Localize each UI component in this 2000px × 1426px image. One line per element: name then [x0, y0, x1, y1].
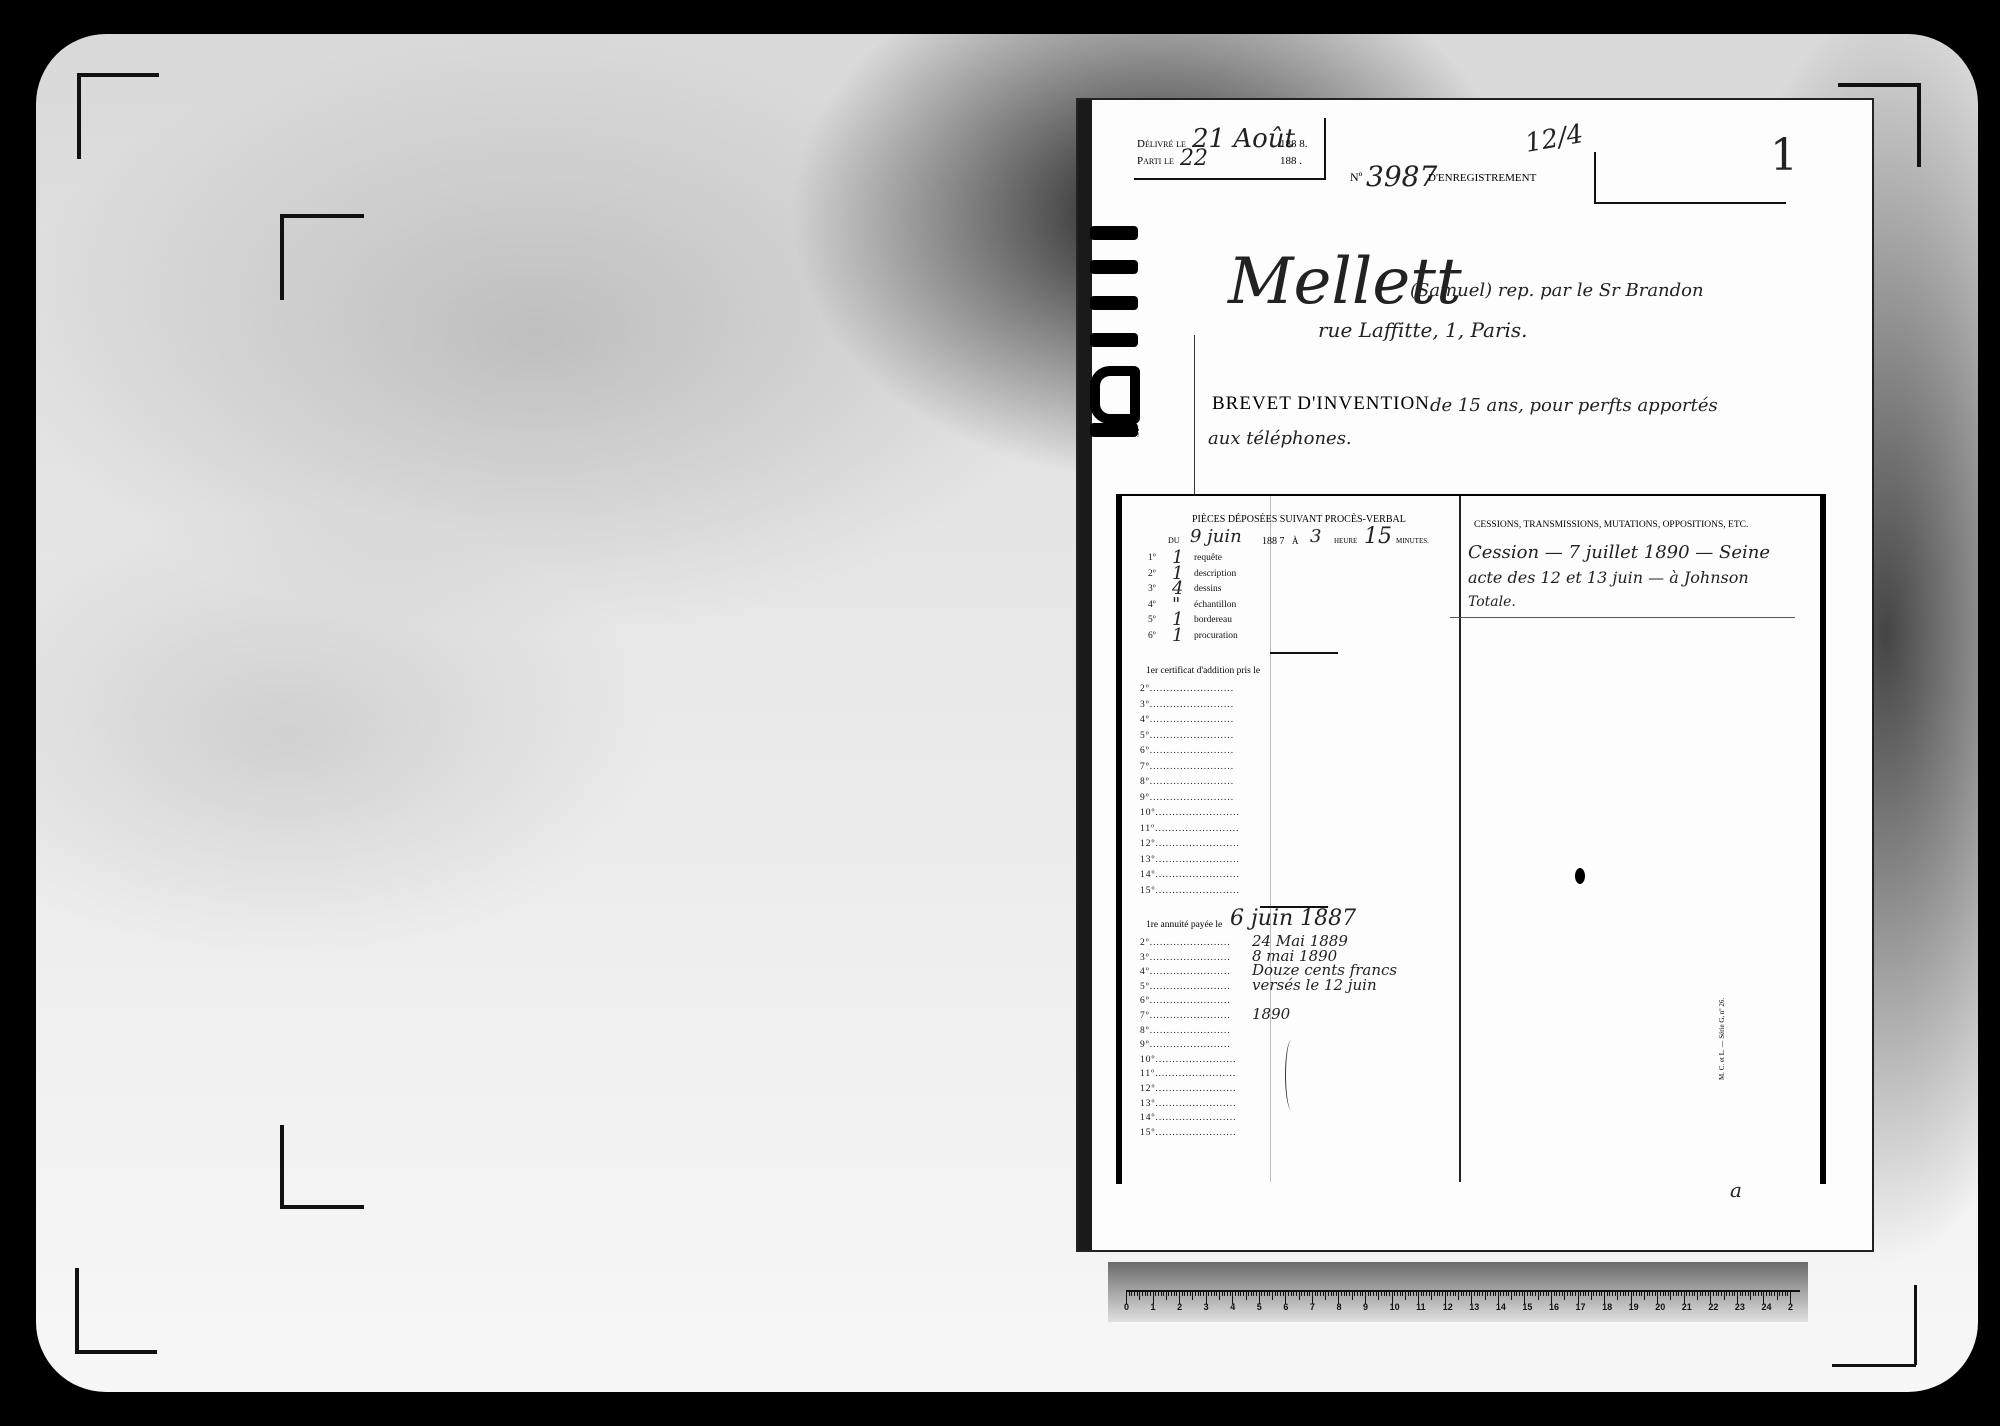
ruler-tick: [1724, 1290, 1725, 1300]
ruler-tick: [1734, 1290, 1735, 1296]
ruler-tick: [1567, 1290, 1568, 1296]
ruler-tick: [1474, 1290, 1475, 1296]
ruler-tick: [1168, 1290, 1169, 1296]
ruler-tick: [1264, 1290, 1265, 1296]
certificate-row: 11º.........................: [1140, 824, 1239, 834]
a-label: À: [1292, 536, 1299, 546]
ruler-tick: [1532, 1290, 1533, 1296]
deposit-date: 9 juin: [1190, 526, 1242, 547]
ruler-label: 16: [1549, 1302, 1559, 1312]
patent-title-continuation: aux téléphones.: [1208, 428, 1352, 449]
ruler-tick: [1461, 1290, 1462, 1296]
ruler-label: 24: [1761, 1302, 1771, 1312]
annuity-row: 7º........................: [1140, 1011, 1231, 1021]
ruler-tick: [1240, 1290, 1241, 1296]
ruler-tick: [1787, 1290, 1788, 1296]
registration-label: D'ENREGISTREMENT: [1428, 172, 1536, 184]
ruler-label: 12: [1443, 1302, 1453, 1312]
ruler-label: 1: [1151, 1302, 1156, 1312]
ruler-tick: [1320, 1290, 1321, 1296]
annuity-row: 12º........................: [1140, 1084, 1236, 1094]
ruler-tick: [1378, 1290, 1379, 1300]
ruler-label: 4: [1230, 1302, 1235, 1312]
ruler-tick: [1511, 1290, 1512, 1300]
annuity-row: 3º........................: [1140, 953, 1231, 963]
ruler-tick: [1450, 1290, 1451, 1296]
ruler-tick: [1174, 1290, 1175, 1296]
ruler-tick: [1721, 1290, 1722, 1296]
ruler-tick: [1583, 1290, 1584, 1296]
annuity-row: 14º........................: [1140, 1113, 1236, 1123]
ruler-tick: [1660, 1290, 1661, 1296]
ruler-tick: [1315, 1290, 1316, 1296]
certificate-row: 15º.........................: [1140, 886, 1240, 896]
piece-number: 1º: [1148, 553, 1156, 563]
minutes-label: MINUTES.: [1396, 537, 1429, 545]
ruler-tick: [1142, 1290, 1143, 1296]
ruler-tick: [1487, 1290, 1488, 1296]
ruler-tick: [1500, 1290, 1501, 1296]
ruler-tick: [1716, 1290, 1717, 1296]
ruler-tick: [1137, 1290, 1138, 1296]
ruler-tick: [1416, 1290, 1417, 1296]
annuity-row: 4º........................: [1140, 967, 1231, 977]
ruler-tick: [1166, 1290, 1167, 1300]
ruler-label: 6: [1283, 1302, 1288, 1312]
ruler-tick: [1681, 1290, 1682, 1296]
ruler-tick: [1761, 1290, 1762, 1296]
patent-title-printed: BREVET D'INVENTION: [1212, 393, 1430, 415]
ruler-tick: [1652, 1290, 1653, 1296]
ruler-tick: [1344, 1290, 1345, 1296]
ruler-tick: [1628, 1290, 1629, 1296]
corner-letter: a: [1730, 1178, 1742, 1202]
ruler-tick: [1158, 1290, 1159, 1296]
measurement-ruler: 0123456789101112131415161718192021222324…: [1108, 1262, 1808, 1322]
ruler-tick: [1261, 1290, 1262, 1296]
ruler-tick: [1195, 1290, 1196, 1296]
ruler-tick: [1493, 1290, 1494, 1296]
ruler-tick: [1748, 1290, 1749, 1296]
ruler-tick: [1243, 1290, 1244, 1296]
ruler-tick: [1394, 1290, 1395, 1296]
ruler-tick: [1673, 1290, 1674, 1296]
ruler-tick: [1211, 1290, 1212, 1296]
ruler-tick: [1620, 1290, 1621, 1296]
ruler-tick: [1389, 1290, 1390, 1296]
ruler-tick: [1161, 1290, 1162, 1296]
ruler-tick: [1267, 1290, 1268, 1296]
ruler-tick: [1400, 1290, 1401, 1296]
ruler-tick: [1678, 1290, 1679, 1296]
ruler-tick: [1564, 1290, 1565, 1300]
ruler-tick: [1535, 1290, 1536, 1296]
ruler-tick: [1238, 1290, 1239, 1296]
cession-entry-line2: acte des 12 et 13 juin — à Johnson: [1468, 568, 1749, 587]
ruler-label: 7: [1310, 1302, 1315, 1312]
ruler-tick: [1317, 1290, 1318, 1296]
ruler-tick: [1331, 1290, 1332, 1296]
piece-number: 4º: [1148, 600, 1156, 610]
du-label: DU: [1168, 536, 1180, 545]
handwritten-squiggle: [1285, 1040, 1298, 1110]
large-stamped-number: [1090, 218, 1140, 438]
annuity-row: 8º........................: [1140, 1026, 1231, 1036]
ruler-tick: [1782, 1290, 1783, 1296]
ruler-tick: [1538, 1290, 1539, 1300]
ruler-tick: [1307, 1290, 1308, 1296]
ruler-tick: [1490, 1290, 1491, 1296]
ruler-tick: [1516, 1290, 1517, 1296]
ruler-tick: [1373, 1290, 1374, 1296]
divider: [1270, 652, 1338, 654]
ruler-tick: [1593, 1290, 1594, 1296]
ink-blot: [1575, 868, 1585, 884]
ruler-tick: [1771, 1290, 1772, 1296]
ruler-tick: [1458, 1290, 1459, 1300]
ruler-tick: [1336, 1290, 1337, 1296]
ruler-tick: [1779, 1290, 1780, 1296]
ruler-tick: [1147, 1290, 1148, 1296]
ruler-tick: [1352, 1290, 1353, 1300]
ruler-tick: [1705, 1290, 1706, 1296]
ruler-tick: [1766, 1290, 1767, 1296]
ruler-tick: [1668, 1290, 1669, 1296]
ruler-tick: [1556, 1290, 1557, 1296]
ruler-tick: [1214, 1290, 1215, 1296]
ruler-tick: [1447, 1290, 1448, 1296]
ruler-tick: [1304, 1290, 1305, 1296]
ruler-tick: [1519, 1290, 1520, 1296]
margin-rule: [1194, 335, 1195, 495]
ruler-tick: [1740, 1290, 1741, 1296]
ruler-label: 2: [1788, 1302, 1793, 1312]
ruler-label: 3: [1204, 1302, 1209, 1312]
ruler-label: 23: [1735, 1302, 1745, 1312]
ruler-tick: [1275, 1290, 1276, 1296]
ruler-tick: [1323, 1290, 1324, 1296]
ruler-tick: [1235, 1290, 1236, 1296]
ruler-tick: [1588, 1290, 1589, 1296]
ruler-tick: [1633, 1290, 1634, 1296]
ruler-tick: [1437, 1290, 1438, 1296]
ruler-tick: [1697, 1290, 1698, 1300]
ruler-tick: [1503, 1290, 1504, 1296]
ruler-tick: [1368, 1290, 1369, 1296]
certificate-row: 2º.........................: [1140, 684, 1234, 694]
ruler-tick: [1758, 1290, 1759, 1296]
certificate-row: 13º.........................: [1140, 855, 1240, 865]
ruler-tick: [1360, 1290, 1361, 1296]
certificate-row: 12º.........................: [1140, 839, 1240, 849]
ruler-tick: [1442, 1290, 1443, 1296]
certificate-row: 4º.........................: [1140, 715, 1234, 725]
ruler-tick: [1203, 1290, 1204, 1296]
piece-number: 6º: [1148, 631, 1156, 641]
ruler-tick: [1508, 1290, 1509, 1296]
certificate-row: 7º.........................: [1140, 762, 1234, 772]
ruler-tick: [1224, 1290, 1225, 1296]
registration-number: 3987: [1366, 160, 1437, 193]
ruler-tick: [1397, 1290, 1398, 1296]
piece-number: 3º: [1148, 584, 1156, 594]
ruler-tick: [1280, 1290, 1281, 1296]
ruler-tick: [1131, 1290, 1132, 1296]
ruler-tick: [1333, 1290, 1334, 1296]
ruler-tick: [1219, 1290, 1220, 1300]
ruler-tick: [1248, 1290, 1249, 1296]
ruler-tick: [1686, 1290, 1687, 1296]
ruler-tick: [1514, 1290, 1515, 1296]
ruler-tick: [1546, 1290, 1547, 1296]
annuity-row: 6º........................: [1140, 996, 1231, 1006]
ruler-tick: [1251, 1290, 1252, 1296]
ruler-label: 2: [1177, 1302, 1182, 1312]
ruler-tick: [1434, 1290, 1435, 1296]
number-box: [1594, 152, 1786, 204]
certificate-row: 9º.........................: [1140, 793, 1234, 803]
ruler-tick: [1506, 1290, 1507, 1296]
ruler-tick: [1527, 1290, 1528, 1296]
ruler-tick: [1190, 1290, 1191, 1296]
ruler-label: 22: [1708, 1302, 1718, 1312]
ruler-tick: [1623, 1290, 1624, 1296]
ruler-tick: [1639, 1290, 1640, 1296]
ruler-label: 8: [1336, 1302, 1341, 1312]
ruler-label: 10: [1390, 1302, 1400, 1312]
cession-entry-line3: Totale.: [1468, 594, 1516, 610]
ruler-label: 5: [1257, 1302, 1262, 1312]
ruler-tick: [1554, 1290, 1555, 1296]
ruler-tick: [1745, 1290, 1746, 1296]
ruler-tick: [1253, 1290, 1254, 1296]
annuity-row: 9º........................: [1140, 1040, 1231, 1050]
ruler-tick: [1663, 1290, 1664, 1296]
delivered-label: Délivré le: [1137, 138, 1186, 150]
ruler-tick: [1134, 1290, 1135, 1296]
ruler-tick: [1612, 1290, 1613, 1296]
ruler-label: 0: [1124, 1302, 1129, 1312]
ruler-tick: [1272, 1290, 1273, 1300]
ruler-tick: [1291, 1290, 1292, 1296]
ruler-tick: [1182, 1290, 1183, 1296]
ruler-tick: [1423, 1290, 1424, 1296]
ruler-tick: [1700, 1290, 1701, 1296]
ruler-tick: [1269, 1290, 1270, 1296]
ruler-tick: [1692, 1290, 1693, 1296]
ruler-tick: [1479, 1290, 1480, 1296]
patent-title-handwritten: de 15 ans, pour perfts apportés: [1430, 395, 1718, 416]
deposit-hour: 3: [1310, 526, 1321, 547]
ruler-tick: [1774, 1290, 1775, 1296]
certificate-row: 10º.........................: [1140, 808, 1240, 818]
ruler-tick: [1726, 1290, 1727, 1296]
ruler-tick: [1288, 1290, 1289, 1296]
ruler-label: 15: [1522, 1302, 1532, 1312]
ruler-tick: [1429, 1290, 1430, 1296]
ruler-tick: [1187, 1290, 1188, 1296]
ruler-tick: [1647, 1290, 1648, 1296]
ruler-tick: [1299, 1290, 1300, 1300]
ruler-tick: [1636, 1290, 1637, 1296]
ruler-tick: [1184, 1290, 1185, 1296]
ruler-tick: [1453, 1290, 1454, 1296]
ruler-tick: [1349, 1290, 1350, 1296]
ruler-tick: [1410, 1290, 1411, 1296]
ruler-tick: [1482, 1290, 1483, 1296]
deposit-year: 188 7: [1262, 536, 1285, 547]
ruler-tick: [1376, 1290, 1377, 1296]
ruler-tick: [1328, 1290, 1329, 1296]
ruler-tick: [1325, 1290, 1326, 1300]
annuity-row: 11º........................: [1140, 1069, 1236, 1079]
heure-label: HEURE: [1334, 537, 1357, 545]
ruler-tick: [1607, 1290, 1608, 1296]
ruler-tick: [1439, 1290, 1440, 1296]
ruler-tick: [1477, 1290, 1478, 1296]
ruler-tick: [1405, 1290, 1406, 1300]
ruler-tick: [1455, 1290, 1456, 1296]
ruler-tick: [1665, 1290, 1666, 1296]
ruler-tick: [1495, 1290, 1496, 1296]
ruler-tick: [1370, 1290, 1371, 1296]
ruler-tick: [1293, 1290, 1294, 1296]
ruler-label: 11: [1416, 1302, 1426, 1312]
ruler-tick: [1469, 1290, 1470, 1296]
ruler-tick: [1357, 1290, 1358, 1296]
ruler-tick: [1732, 1290, 1733, 1296]
cessions-heading: CESSIONS, TRANSMISSIONS, MUTATIONS, OPPO…: [1474, 520, 1748, 530]
ruler-tick: [1702, 1290, 1703, 1296]
ruler-tick: [1227, 1290, 1228, 1296]
ruler-tick: [1277, 1290, 1278, 1296]
ruler-tick: [1421, 1290, 1422, 1296]
ruler-tick: [1208, 1290, 1209, 1296]
side-number-label: Nº: [1132, 428, 1141, 436]
ruler-tick: [1750, 1290, 1751, 1300]
annuity-value: 1890: [1252, 1005, 1290, 1023]
ruler-tick: [1301, 1290, 1302, 1296]
ruler-label: 13: [1469, 1302, 1479, 1312]
ruler-label: 18: [1602, 1302, 1612, 1312]
ruler-tick: [1129, 1290, 1130, 1296]
ruler-tick: [1192, 1290, 1193, 1300]
ruler-tick: [1139, 1290, 1140, 1300]
ruler-label: 17: [1576, 1302, 1586, 1312]
cession-entry-line1: Cession — 7 juillet 1890 — Seine: [1468, 542, 1770, 563]
ruler-label: 9: [1363, 1302, 1368, 1312]
ruler-tick: [1283, 1290, 1284, 1296]
ruler-tick: [1708, 1290, 1709, 1296]
ruler-label: 14: [1496, 1302, 1506, 1312]
annuity-row: 5º........................: [1140, 982, 1231, 992]
piece-number: 5º: [1148, 615, 1156, 625]
ruler-tick: [1354, 1290, 1355, 1296]
applicant-details: (Samuel) rep. par le Sr Brandon: [1410, 280, 1704, 301]
ruler-tick: [1769, 1290, 1770, 1296]
ruler-tick: [1599, 1290, 1600, 1296]
parti-year: 188 .: [1280, 155, 1302, 167]
ruler-tick: [1176, 1290, 1177, 1296]
printer-mark: M. C. et L. — Série G, nº 26.: [1718, 998, 1726, 1080]
ruler-tick: [1222, 1290, 1223, 1296]
ruler-tick: [1362, 1290, 1363, 1296]
ruler-tick: [1785, 1290, 1786, 1296]
certificates-heading: 1er certificat d'addition pris le: [1146, 666, 1260, 676]
ruler-tick: [1617, 1290, 1618, 1300]
ruler-tick: [1742, 1290, 1743, 1296]
ruler-tick: [1402, 1290, 1403, 1296]
piece-label: description: [1194, 569, 1236, 579]
ruler-tick: [1216, 1290, 1217, 1296]
piece-label: bordereau: [1194, 615, 1232, 625]
ruler-tick: [1575, 1290, 1576, 1296]
ruler-tick: [1580, 1290, 1581, 1296]
piece-label: procuration: [1194, 631, 1238, 641]
ruler-label: 19: [1629, 1302, 1639, 1312]
ruler-tick: [1585, 1290, 1586, 1296]
ruler-label: 20: [1655, 1302, 1665, 1312]
ruler-tick: [1466, 1290, 1467, 1296]
ruler-tick: [1641, 1290, 1642, 1296]
annuity-first-value: 6 juin 1887: [1230, 906, 1356, 931]
annuity-row: 2º........................: [1140, 938, 1231, 948]
certificate-row: 6º.........................: [1140, 746, 1234, 756]
ruler-tick: [1171, 1290, 1172, 1296]
ruler-tick: [1256, 1290, 1257, 1296]
ruler-tick: [1341, 1290, 1342, 1296]
ruler-tick: [1485, 1290, 1486, 1300]
certificate-row: 8º.........................: [1140, 777, 1234, 787]
annuity-value: versés le 12 juin: [1252, 976, 1377, 994]
ruler-tick: [1609, 1290, 1610, 1296]
number-label: Nº: [1350, 170, 1362, 185]
cession-rule: [1450, 617, 1795, 618]
ruler-tick: [1522, 1290, 1523, 1296]
ruler-tick: [1230, 1290, 1231, 1296]
ruler-tick: [1572, 1290, 1573, 1296]
ruler-tick: [1163, 1290, 1164, 1296]
piece-count: 1: [1172, 625, 1183, 646]
ruler-tick: [1644, 1290, 1645, 1300]
certificate-row: 14º.........................: [1140, 870, 1240, 880]
ruler-tick: [1718, 1290, 1719, 1296]
ruler-tick: [1713, 1290, 1714, 1296]
ruler-tick: [1615, 1290, 1616, 1296]
ruler-tick: [1540, 1290, 1541, 1296]
piece-label: dessins: [1194, 584, 1221, 594]
piece-number: 2º: [1148, 569, 1156, 579]
ruler-tick: [1150, 1290, 1151, 1296]
ruler-tick: [1548, 1290, 1549, 1296]
ruler-tick: [1596, 1290, 1597, 1296]
ruler-tick: [1543, 1290, 1544, 1296]
ruler-tick: [1463, 1290, 1464, 1296]
ruler-tick: [1591, 1290, 1592, 1300]
ruler-tick: [1198, 1290, 1199, 1296]
ruler-tick: [1296, 1290, 1297, 1296]
ruler-tick: [1309, 1290, 1310, 1296]
ruler-tick: [1200, 1290, 1201, 1296]
ruler-tick: [1755, 1290, 1756, 1296]
ruler-tick: [1777, 1290, 1778, 1300]
ruler-tick: [1381, 1290, 1382, 1296]
annuities-heading: 1re annuité payée le: [1146, 920, 1222, 930]
ruler-tick: [1670, 1290, 1671, 1300]
ruler-tick: [1694, 1290, 1695, 1296]
piece-label: échantillon: [1194, 600, 1236, 610]
ruler-tick: [1408, 1290, 1409, 1296]
